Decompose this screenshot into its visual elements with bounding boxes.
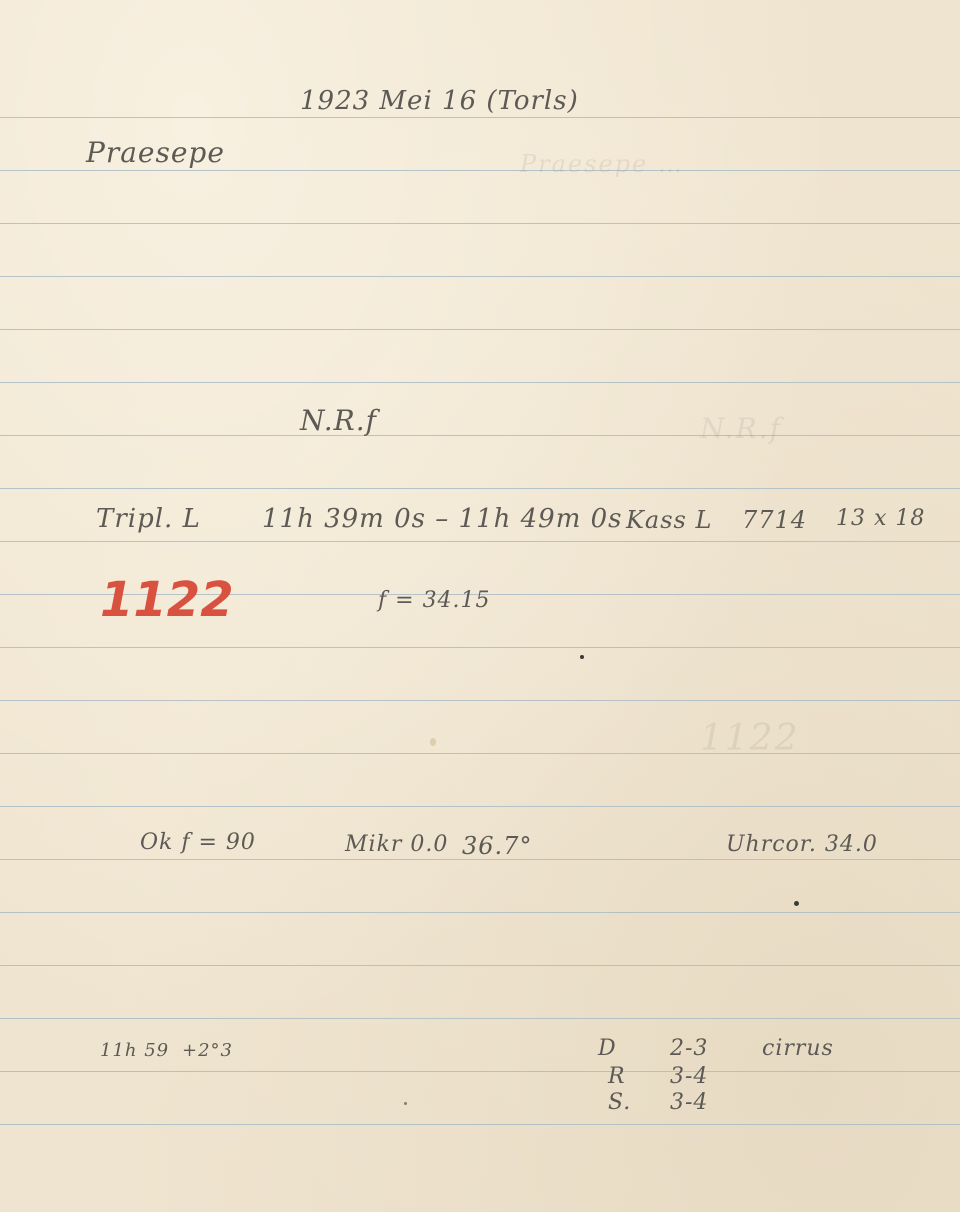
- ruled-line: [0, 1071, 960, 1072]
- ruled-line: [0, 329, 960, 330]
- weather-row: S. 3-4: [608, 1090, 762, 1115]
- ruled-line: [0, 117, 960, 118]
- plate-size: 13 x 18: [836, 506, 925, 531]
- ruled-line: [0, 223, 960, 224]
- offset-value: +2°3: [182, 1040, 233, 1061]
- ruled-line: [0, 1018, 960, 1019]
- bleed-through-text: N.R.f: [700, 412, 782, 445]
- weather-value: 2-3: [670, 1036, 762, 1061]
- weather-row: D 2-3 cirrus: [598, 1036, 834, 1061]
- ruled-line: [0, 382, 960, 383]
- observation-mode: N.R.f: [300, 404, 377, 437]
- weather-note: cirrus: [762, 1036, 834, 1061]
- observation-date: 1923 Mei 16 (Torls): [300, 86, 579, 116]
- ink-speck: [404, 1102, 407, 1105]
- weather-value: 3-4: [670, 1090, 762, 1115]
- object-name: Praesepe: [86, 136, 225, 169]
- ruled-line: [0, 488, 960, 489]
- weather-value: 3-4: [670, 1064, 762, 1089]
- ruled-line: [0, 700, 960, 701]
- cassette: Kass L: [626, 506, 712, 534]
- ink-speck: [794, 901, 799, 906]
- paper-stain: [430, 738, 436, 746]
- ruled-line: [0, 912, 960, 913]
- ruled-line: [0, 276, 960, 277]
- weather-row: R 3-4: [608, 1064, 762, 1089]
- bleed-through-text: 1122: [700, 718, 800, 759]
- ruled-line: [0, 753, 960, 754]
- plate-serial-number: 1122: [100, 572, 234, 628]
- ruled-line: [0, 435, 960, 436]
- exposure-time-range: 11h 39m 0s – 11h 49m 0s: [262, 504, 623, 534]
- ruled-line: [0, 806, 960, 807]
- ruled-line: [0, 1124, 960, 1125]
- weather-symbol: S.: [608, 1090, 670, 1115]
- clock-correction: Uhrcor. 34.0: [726, 832, 878, 857]
- ruled-line: [0, 541, 960, 542]
- ruled-line: [0, 965, 960, 966]
- ink-speck: [580, 655, 584, 659]
- plate-number: 7714: [742, 506, 807, 534]
- notebook-page: Praesepe … N.R.f 1122 1923 Mei 16 (Torls…: [0, 0, 960, 1212]
- ruled-line: [0, 647, 960, 648]
- hour-angle: 11h 59: [100, 1040, 169, 1061]
- temperature: 36.7°: [462, 832, 532, 860]
- focus-value: f = 34.15: [378, 588, 491, 613]
- weather-symbol: R: [608, 1064, 670, 1089]
- weather-symbol: D: [598, 1036, 670, 1061]
- ruled-line: [0, 170, 960, 171]
- bleed-through-text: Praesepe …: [520, 150, 684, 178]
- micrometer-reading: Mikr 0.0: [345, 832, 448, 857]
- instrument: Tripl. L: [96, 504, 201, 534]
- ocular-focus: Ok f = 90: [140, 830, 256, 855]
